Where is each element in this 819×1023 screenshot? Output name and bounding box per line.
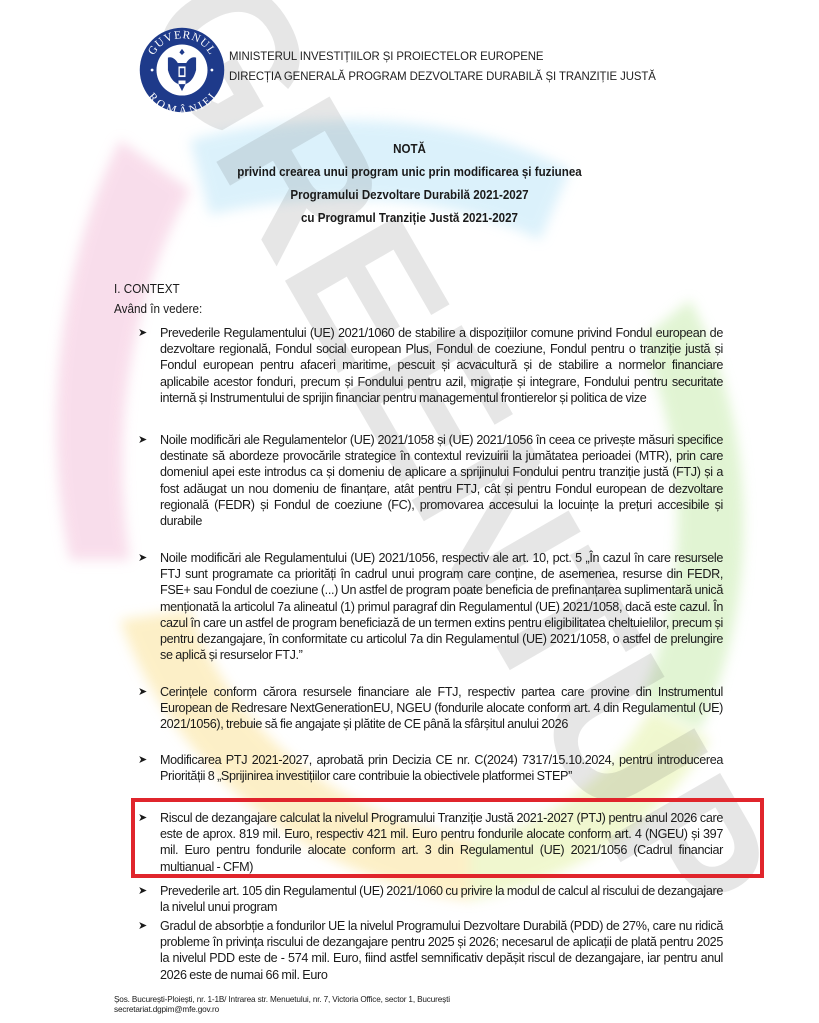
ministry-name: MINISTERUL INVESTIȚIILOR ȘI PROIECTELOR … <box>229 46 656 66</box>
arrowhead-bullet-icon: ➤ <box>138 883 147 899</box>
list-item: ➤ Prevederile Regulamentului (UE) 2021/1… <box>138 325 723 406</box>
footer: Șos. București-Ploiești, nr. 1-1B/ Intra… <box>114 995 450 1015</box>
title-program-1: Programului Dezvoltare Durabilă 2021-202… <box>33 184 786 207</box>
list-item: ➤ Cerințele conform cărora resursele fin… <box>138 684 723 733</box>
document-page: GUVERNUL ROMÂNIEI MINISTERUL INVESTIȚIIL… <box>0 0 819 1023</box>
list-item: ➤ Noile modificări ale Regulamentelor (U… <box>138 432 723 529</box>
red-highlight-box <box>131 798 764 878</box>
directorate-name: DIRECȚIA GENERALĂ PROGRAM DEZVOLTARE DUR… <box>229 66 656 86</box>
section-intro: Având în vedere: <box>114 301 202 316</box>
list-item: ➤ Noile modificări ale Regulamentului (U… <box>138 550 723 663</box>
document-title: NOTĂ privind crearea unui program unic p… <box>0 138 819 230</box>
list-item: ➤ Modificarea PTJ 2021-2027, aprobată pr… <box>138 752 723 784</box>
arrowhead-bullet-icon: ➤ <box>138 325 147 341</box>
list-item: ➤ Gradul de absorbție a fondurilor UE la… <box>138 918 723 983</box>
arrowhead-bullet-icon: ➤ <box>138 432 147 448</box>
footer-email: secretariat.dgpim@mfe.gov.ro <box>114 1005 450 1015</box>
arrowhead-bullet-icon: ➤ <box>138 752 147 768</box>
title-note: NOTĂ <box>33 138 786 161</box>
section-heading: I. CONTEXT <box>114 281 180 296</box>
title-program-2: cu Programul Tranziție Justă 2021-2027 <box>33 207 786 230</box>
arrowhead-bullet-icon: ➤ <box>138 684 147 700</box>
title-subject: privind crearea unui program unic prin m… <box>33 161 786 184</box>
footer-address: Șos. București-Ploiești, nr. 1-1B/ Intra… <box>114 995 450 1005</box>
list-item: ➤ Prevederile art. 105 din Regulamentul … <box>138 883 723 915</box>
arrowhead-bullet-icon: ➤ <box>138 550 147 566</box>
arrowhead-bullet-icon: ➤ <box>138 918 147 934</box>
header-institution: MINISTERUL INVESTIȚIILOR ȘI PROIECTELOR … <box>229 46 656 86</box>
government-seal-icon: GUVERNUL ROMÂNIEI <box>138 26 226 114</box>
